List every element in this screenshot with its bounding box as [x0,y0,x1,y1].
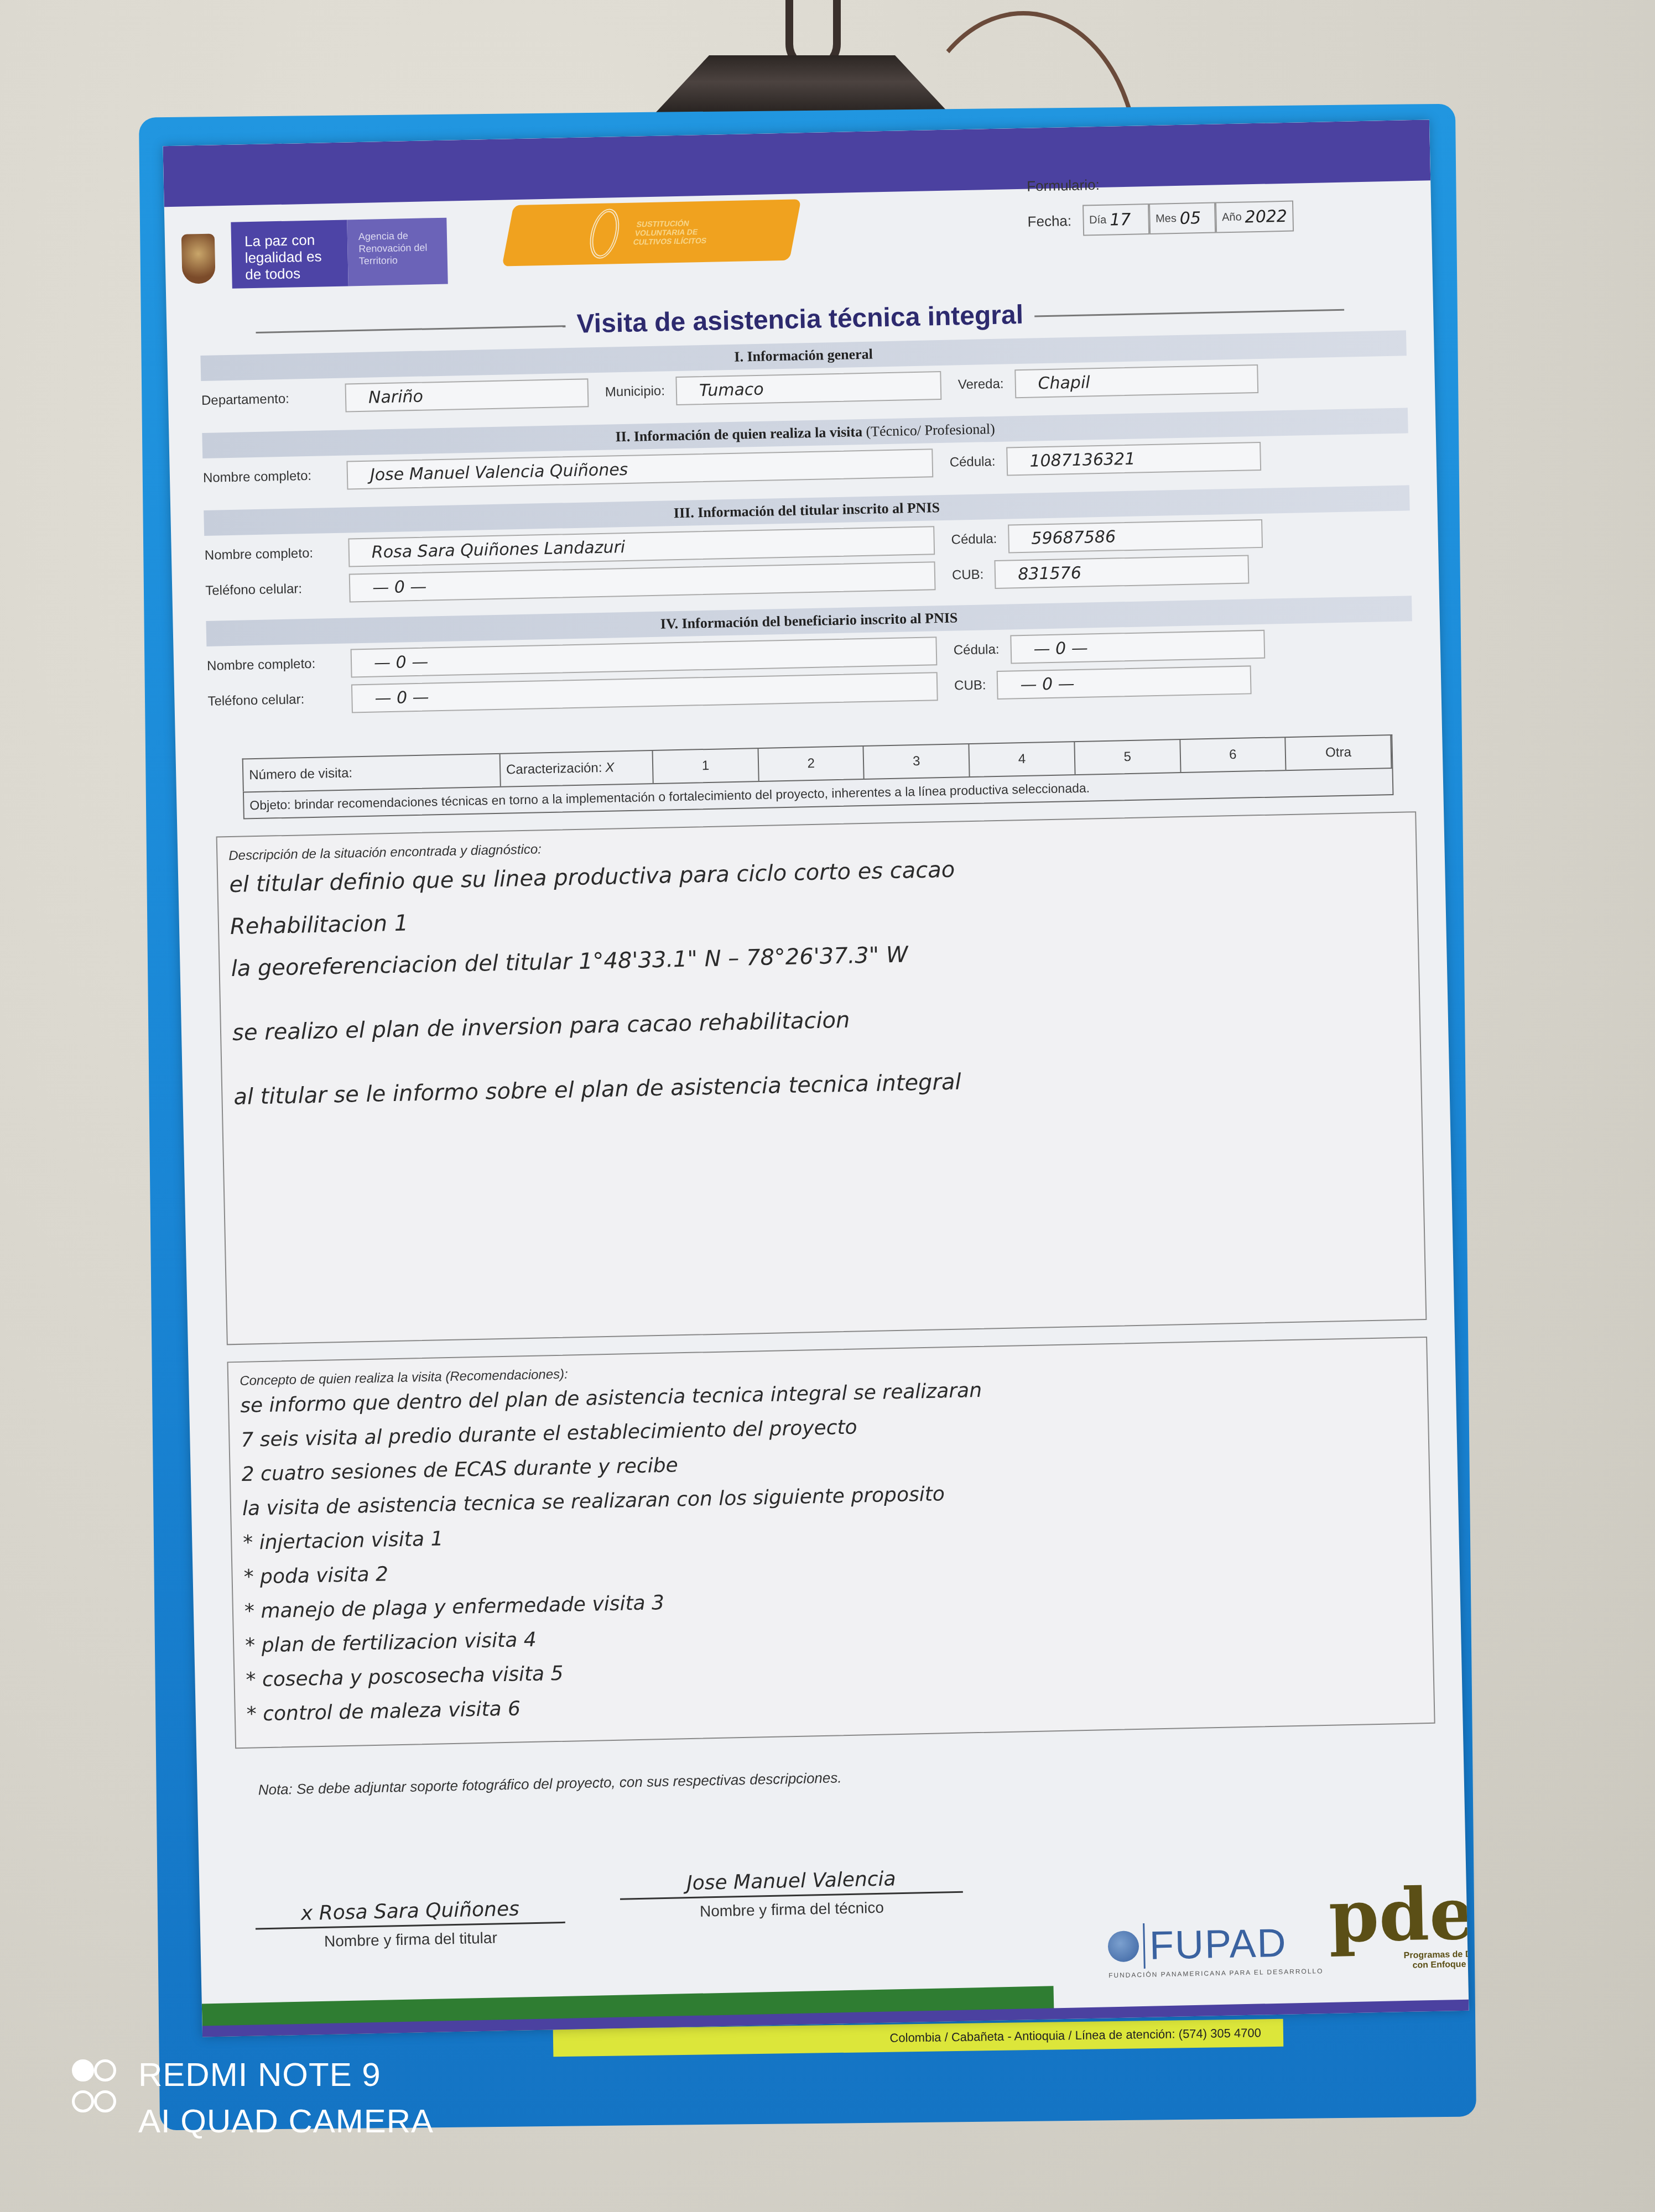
section-beneficiario-info: IV. Información del beneficiario inscrit… [206,596,1413,721]
month-field[interactable]: Mes 05 [1149,202,1216,235]
section-titular-info: III. Información del titular inscrito al… [204,485,1411,610]
titular-cub-field[interactable]: 831576 [995,555,1250,589]
colombia-shield-icon [181,233,216,284]
day-field[interactable]: Día 17 [1082,204,1149,236]
visit-option-caracterizacion[interactable]: Caracterización: X [500,751,653,786]
pnis-logo: Sustitución Voluntaria de Cultivos Ilíci… [502,199,801,266]
section-general-info: I. Información general Departamento: Nar… [200,330,1407,420]
visit-option-3[interactable]: 3 [864,744,970,779]
departamento-field[interactable]: Nariño [345,378,589,412]
visit-option-6[interactable]: 6 [1180,738,1287,772]
check-mark: X [605,760,615,776]
beneficiario-telefono-field[interactable]: — 0 — [351,672,938,713]
handwritten-line: al titular se le informo sobre el plan d… [233,1052,1410,1119]
descripcion-text: el titular definio que su linea producti… [229,839,1410,1118]
concepto-text: se informo que dentro del plan de asiste… [240,1364,1423,1731]
handwritten-line: se realizo el plan de inversion para cac… [232,988,1408,1055]
visit-option-otra[interactable]: Otra [1286,735,1392,770]
form-meta: Formulario: Fecha: Día 17 Mes 05 Año 202… [1027,170,1415,237]
section-visitor-info: II. Información de quien realiza la visi… [202,408,1409,497]
fupad-logo: FUPAD FUNDACIÓN PANAMERICANA PARA EL DES… [1107,1919,1324,1979]
gov-logo: La paz con legalidad es de todos Agencia… [231,218,447,289]
date-row: Fecha: Día 17 Mes 05 Año 2022 [1027,198,1415,237]
pdet-logo: pdet Programas de Desarrollo con Enfoque… [1328,1877,1469,1973]
tecnico-signature: Jose Manuel Valencia Nombre y firma del … [620,1866,964,1922]
vereda-field[interactable]: Chapil [1014,364,1258,398]
note-text: Nota: Se debe adjuntar soporte fotográfi… [258,1769,841,1798]
titular-signature: x Rosa Sara Quiñones Nombre y firma del … [255,1897,566,1952]
form-header: La paz con legalidad es de todos Agencia… [175,192,1422,317]
visit-option-4[interactable]: 4 [970,742,1076,776]
camera-watermark: REDMI NOTE 9 AI QUAD CAMERA [72,2052,434,2145]
camera-logo-icon [72,2059,116,2137]
year-field[interactable]: Año 2022 [1215,201,1294,233]
form-paper: La paz con legalidad es de todos Agencia… [163,119,1469,2037]
visit-number-table: Número de visita: Caracterización: X 1 2… [242,734,1394,820]
globe-icon [1107,1931,1139,1962]
beneficiario-cub-field[interactable]: — 0 — [997,665,1252,700]
gov-logo-right: Agencia de Renovación del Territorio [347,218,447,286]
beneficiario-cedula-field[interactable]: — 0 — [1010,630,1265,664]
gov-logo-left: La paz con legalidad es de todos [231,220,348,288]
descripcion-box[interactable]: Descripción de la situación encontrada y… [216,811,1427,1345]
titular-cedula-field[interactable]: 59687586 [1008,519,1263,554]
concepto-box[interactable]: Concepto de quien realiza la visita (Rec… [227,1337,1435,1749]
numero-visita-label: Número de visita: [243,754,501,792]
spiral-icon [586,208,623,259]
visit-option-2[interactable]: 2 [758,747,865,781]
tecnico-nombre-field[interactable]: Jose Manuel Valencia Quiñones [346,448,933,489]
visit-option-5[interactable]: 5 [1075,740,1181,774]
titular-telefono-field[interactable]: — 0 — [349,561,936,602]
tecnico-cedula-field[interactable]: 1087136321 [1006,442,1261,476]
visit-option-1[interactable]: 1 [653,749,759,783]
municipio-field[interactable]: Tumaco [675,371,941,405]
